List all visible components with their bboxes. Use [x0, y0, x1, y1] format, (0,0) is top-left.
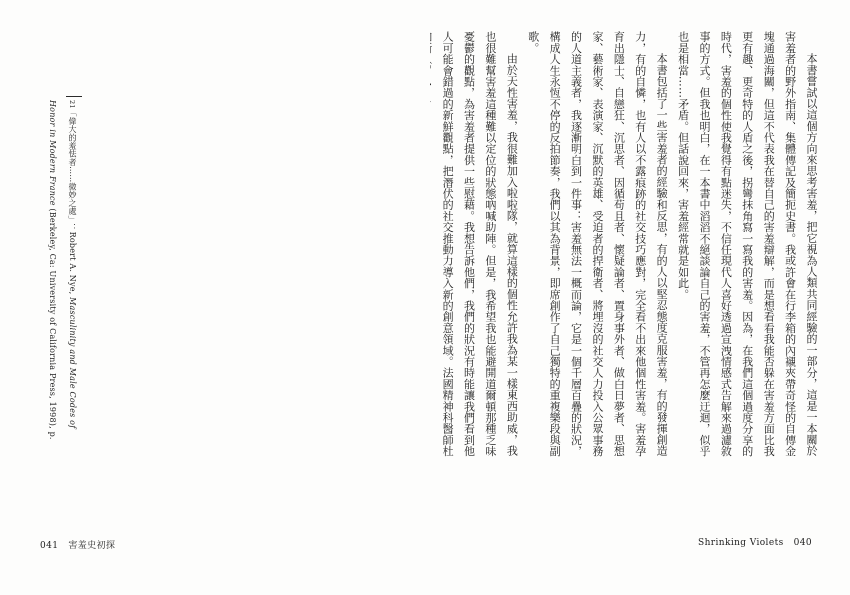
footnote-divider: [66, 96, 82, 97]
footnote: 21「偉大的羞怯者……微妙之處」：Robert A. Nye, Masculin…: [38, 100, 82, 442]
right-page-text-block: 本書嘗試以這個方向來思考害羞，把它視為人類共同經驗的一部分，這是一本關於害羞者的…: [430, 31, 822, 460]
footnote-quote: 「偉大的羞怯者……微妙之處」：: [68, 109, 77, 232]
chapter-title: 害羞史初探: [68, 541, 115, 551]
footnote-citation-author: Robert A. Nye,: [68, 232, 77, 297]
page-left: Dugas）把害羞的人稱為「偉大的羞怯者」，在一九二二年以這幾個字為書名出了一本…: [0, 0, 425, 595]
left-page-footer: 041害羞史初探: [40, 538, 115, 551]
footnote-marker: 21: [64, 100, 77, 109]
page-number: 041: [40, 541, 58, 551]
page-number: 040: [794, 538, 812, 548]
right-page-footer: Shrinking Violets040: [698, 538, 812, 548]
paragraph: 由於天性害羞，我很難加入啦啦隊，就算這樣的個性允許我為某一樣東西助威，我也很難幫…: [430, 31, 522, 460]
paragraph: 本書嘗試以這個方向來思考害羞，把它視為人類共同經驗的一部分，這是一本關於害羞者的…: [672, 31, 822, 460]
page-right: 本書嘗試以這個方向來思考害羞，把它視為人類共同經驗的一部分，這是一本關於害羞者的…: [425, 0, 850, 595]
book-title: Shrinking Violets: [698, 538, 784, 548]
book-spread: Dugas）把害羞的人稱為「偉大的羞怯者」，在一九二二年以這幾個字為書名出了一本…: [0, 0, 850, 595]
paragraph: 本書包括了一些害羞者的經驗和反思，有的人以堅忍態度克服害羞，有的發揮創造力，有的…: [522, 31, 672, 460]
